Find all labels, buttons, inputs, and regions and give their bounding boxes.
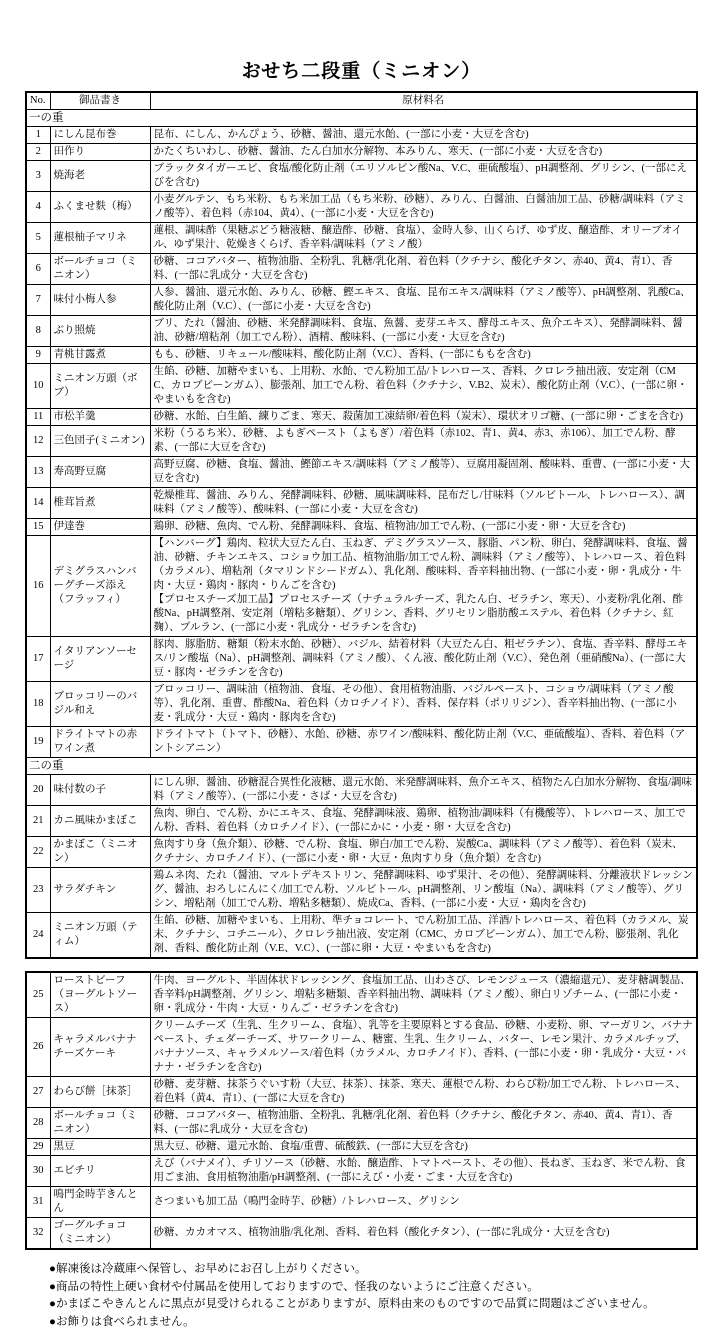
ingredients-text: 生餡、砂糖、加糖やまいも、上用粉、準チョコレート、でん粉加工品、洋酒/トレハロー…: [150, 913, 697, 959]
item-name: 味付小梅人参: [50, 285, 150, 316]
table-row: 20味付数の子にしん卵、醤油、砂糖混合異性化液糖、還元水飴、米発酵調味料、魚介エ…: [26, 775, 697, 806]
item-name: エビチリ: [50, 1156, 150, 1187]
section-label: 二の重: [26, 758, 697, 775]
table-row: 19ドライトマトの赤ワイン煮ドライトマト（トマト、砂糖）、水飴、砂糖、赤ワイン/…: [26, 727, 697, 758]
ingredients-text: 乾燥椎茸、醤油、みりん、発酵調味料、砂糖、風味調味料、昆布だし/甘味料（ソルビト…: [150, 488, 697, 519]
table-gap: [25, 959, 698, 971]
item-name: かまぼこ（ミニオン）: [50, 837, 150, 868]
ingredients-text: ドライトマト（トマト、砂糖）、水飴、砂糖、赤ワイン/酸味料、酸化防止剤（V.C、…: [150, 727, 697, 758]
row-number: 26: [26, 1018, 50, 1077]
ingredients-text: かたくちいわし、砂糖、醤油、たん白加水分解物、本みりん、寒天、(一部に小麦・大豆…: [150, 144, 697, 161]
table-row: 8ぶり照焼ブリ、たれ（醤油、砂糖、米発酵調味料、食塩、魚醤、麦芽エキス、酵母エキ…: [26, 316, 697, 347]
row-number: 20: [26, 775, 50, 806]
footer-note: ●かまぼこやきんとんに黒点が見受けられることがありますが、原料由来のものですので…: [49, 1296, 698, 1314]
ingredients-text: クリームチーズ（生乳、生クリーム、食塩）、乳等を主要原料とする食品、砂糖、小麦粉…: [150, 1018, 697, 1077]
table-row: 32ゴーグルチョコ（ミニオン）砂糖、カカオマス、植物油脂/乳化剤、香料、着色料（…: [26, 1218, 697, 1250]
row-number: 32: [26, 1218, 50, 1250]
table-row: 12三色団子(ミニオン)米粉（うるち米）、砂糖、よもぎペースト（よもぎ）/着色料…: [26, 426, 697, 457]
ingredients-text: 砂糖、ココアバター、植物油脂、全粉乳、乳糖/乳化剤、着色料（クチナシ、酸化チタン…: [150, 1108, 697, 1139]
item-name: デミグラスハンバーグチーズ添え（フラッフィ）: [50, 536, 150, 637]
table-row: 23サラダチキン鶏ムネ肉、たれ（醤油、マルトデキストリン、発酵調味料、ゆず果汁、…: [26, 868, 697, 913]
section-label: 一の重: [26, 110, 697, 127]
item-name: ボールチョコ（ミニオン）: [50, 1108, 150, 1139]
document-page: おせち二段重（ミニオン） No. 御品書き 原材料名 一の重1にしん昆布巻昆布、…: [0, 0, 720, 1331]
item-name: 蓮根柚子マリネ: [50, 223, 150, 254]
ingredients-text: 黒大豆、砂糖、還元水飴、食塩/重曹、硫酸鉄、(一部に大豆を含む): [150, 1139, 697, 1156]
table-row: 31鳴門金時芋きんとんさつまいも加工品（鳴門金時芋、砂糖）/トレハロース、グリシ…: [26, 1187, 697, 1218]
ingredients-text: ブラックタイガーエビ、食塩/酸化防止剤（エリソルビン酸Na、V.C、亜硫酸塩）、…: [150, 161, 697, 192]
table-row: 16デミグラスハンバーグチーズ添え（フラッフィ）【ハンバーグ】鶏肉、粒状大豆たん…: [26, 536, 697, 637]
ingredients-text: 砂糖、麦芽糖、抹茶うぐいす粉（大豆、抹茶）、抹茶、寒天、蓮根でん粉、わらび粉/加…: [150, 1077, 697, 1108]
column-header-no: No.: [26, 92, 50, 110]
row-number: 2: [26, 144, 50, 161]
item-name: 青桃甘露煮: [50, 347, 150, 364]
item-name: ボールチョコ（ミニオン）: [50, 254, 150, 285]
table-row: 11市松羊羹砂糖、水飴、白生餡、練りごま、寒天、殺菌加工凍結卵/着色料（炭末）、…: [26, 409, 697, 426]
item-name: ふくませ麩（梅）: [50, 192, 150, 223]
table-row: 24ミニオン万頭（ティム）生餡、砂糖、加糖やまいも、上用粉、準チョコレート、でん…: [26, 913, 697, 959]
row-number: 11: [26, 409, 50, 426]
row-number: 1: [26, 127, 50, 144]
footer-note: ●解凍後は冷蔵庫へ保管し、お早めにお召し上がりください。: [49, 1261, 698, 1279]
ingredients-text: 魚肉、卵白、でん粉、かにエキス、食塩、発酵調味液、鶏卵、植物油/調味料（有機酸等…: [150, 806, 697, 837]
row-number: 18: [26, 682, 50, 727]
row-number: 3: [26, 161, 50, 192]
table-row: 10ミニオン万頭（ボブ）生餡、砂糖、加糖やまいも、上用粉、水飴、でん粉加工品/ト…: [26, 364, 697, 409]
item-name: 黒豆: [50, 1139, 150, 1156]
ingredients-text: 生餡、砂糖、加糖やまいも、上用粉、水飴、でん粉加工品/トレハロース、香料、クロレ…: [150, 364, 697, 409]
item-name: キャラメルバナナチーズケーキ: [50, 1018, 150, 1077]
table-row: 3焼海老ブラックタイガーエビ、食塩/酸化防止剤（エリソルビン酸Na、V.C、亜硫…: [26, 161, 697, 192]
row-number: 17: [26, 637, 50, 682]
section-header-row: 二の重: [26, 758, 697, 775]
footer-note: ●お飾りは食べられません。: [49, 1314, 698, 1331]
item-name: 鳴門金時芋きんとん: [50, 1187, 150, 1218]
table-row: 26キャラメルバナナチーズケーキクリームチーズ（生乳、生クリーム、食塩）、乳等を…: [26, 1018, 697, 1077]
row-number: 24: [26, 913, 50, 959]
table-row: 29黒豆黒大豆、砂糖、還元水飴、食塩/重曹、硫酸鉄、(一部に大豆を含む): [26, 1139, 697, 1156]
row-number: 4: [26, 192, 50, 223]
ingredients-text: 砂糖、ココアバター、植物油脂、全粉乳、乳糖/乳化剤、着色料（クチナシ、酸化チタン…: [150, 254, 697, 285]
ingredients-text: ブリ、たれ（醤油、砂糖、米発酵調味料、食塩、魚醤、麦芽エキス、酵母エキス、魚介エ…: [150, 316, 697, 347]
ingredients-text: 人参、醤油、還元水飴、みりん、砂糖、鰹エキス、食塩、昆布エキス/調味料（アミノ酸…: [150, 285, 697, 316]
row-number: 31: [26, 1187, 50, 1218]
row-number: 8: [26, 316, 50, 347]
table-row: 18ブロッコリーのバジル和えブロッコリー、調味油（植物油、食塩、その他）、食用植…: [26, 682, 697, 727]
item-name: 寿高野豆腐: [50, 457, 150, 488]
row-number: 9: [26, 347, 50, 364]
item-name: にしん昆布巻: [50, 127, 150, 144]
row-number: 30: [26, 1156, 50, 1187]
row-number: 22: [26, 837, 50, 868]
row-number: 21: [26, 806, 50, 837]
row-number: 25: [26, 972, 50, 1018]
ingredients-text: ブロッコリー、調味油（植物油、食塩、その他）、食用植物油脂、バジルペースト、コシ…: [150, 682, 697, 727]
ingredient-table-secondary: 25ローストビーフ（ヨーグルトソース）牛肉、ヨーグルト、半固体状ドレッシング、食…: [25, 971, 698, 1250]
item-name: ゴーグルチョコ（ミニオン）: [50, 1218, 150, 1250]
table-row: 25ローストビーフ（ヨーグルトソース）牛肉、ヨーグルト、半固体状ドレッシング、食…: [26, 972, 697, 1018]
ingredients-text: にしん卵、醤油、砂糖混合異性化液糖、還元水飴、米発酵調味料、魚介エキス、植物たん…: [150, 775, 697, 806]
ingredients-text: 鶏ムネ肉、たれ（醤油、マルトデキストリン、発酵調味料、ゆず果汁、その他）、発酵調…: [150, 868, 697, 913]
ingredients-text: 蓮根、調味酢（果糖ぶどう糖液糖、醸造酢、砂糖、食塩）、金時人参、山くらげ、ゆず皮…: [150, 223, 697, 254]
ingredient-table-main: No. 御品書き 原材料名 一の重1にしん昆布巻昆布、にしん、かんぴょう、砂糖、…: [25, 91, 698, 959]
item-name: 田作り: [50, 144, 150, 161]
row-number: 28: [26, 1108, 50, 1139]
table-row: 30エビチリえび（バナメイ）、チリソース（砂糖、水飴、醸造酢、トマトペースト、そ…: [26, 1156, 697, 1187]
ingredients-text: 豚肉、豚脂肪、糖類（粉末水飴、砂糖）、バジル、結着材料（大豆たん白、粗ゼラチン）…: [150, 637, 697, 682]
footer-notes: ●解凍後は冷蔵庫へ保管し、お早めにお召し上がりください。●商品の特性上硬い食材や…: [49, 1261, 698, 1331]
table-row: 21カニ風味かまぼこ魚肉、卵白、でん粉、かにエキス、食塩、発酵調味液、鶏卵、植物…: [26, 806, 697, 837]
column-header-item: 御品書き: [50, 92, 150, 110]
ingredients-text: 【ハンバーグ】鶏肉、粒状大豆たん白、玉ねぎ、デミグラスソース、豚脂、パン粉、卵白…: [150, 536, 697, 637]
table-header-row: No. 御品書き 原材料名: [26, 92, 697, 110]
row-number: 14: [26, 488, 50, 519]
table-row: 15伊達巻鶏卵、砂糖、魚肉、でん粉、発酵調味料、食塩、植物油/加工でん粉、(一部…: [26, 519, 697, 536]
table-row: 6ボールチョコ（ミニオン）砂糖、ココアバター、植物油脂、全粉乳、乳糖/乳化剤、着…: [26, 254, 697, 285]
ingredients-text: 砂糖、水飴、白生餡、練りごま、寒天、殺菌加工凍結卵/着色料（炭末）、環状オリゴ糖…: [150, 409, 697, 426]
ingredients-text: 魚肉すり身（魚介類）、砂糖、でん粉、食塩、卵白/加工でん粉、炭酸Ca、調味料（ア…: [150, 837, 697, 868]
item-name: 市松羊羹: [50, 409, 150, 426]
table-row: 1にしん昆布巻昆布、にしん、かんぴょう、砂糖、醤油、還元水飴、(一部に小麦・大豆…: [26, 127, 697, 144]
row-number: 15: [26, 519, 50, 536]
ingredients-text: 鶏卵、砂糖、魚肉、でん粉、発酵調味料、食塩、植物油/加工でん粉、(一部に小麦・卵…: [150, 519, 697, 536]
ingredients-text: 米粉（うるち米）、砂糖、よもぎペースト（よもぎ）/着色料（赤102、青1、黄4、…: [150, 426, 697, 457]
table-row: 9青桃甘露煮もも、砂糖、リキュール/酸味料、酸化防止剤（V.C）、香料、(一部に…: [26, 347, 697, 364]
row-number: 23: [26, 868, 50, 913]
section-header-row: 一の重: [26, 110, 697, 127]
row-number: 12: [26, 426, 50, 457]
table-row: 28ボールチョコ（ミニオン）砂糖、ココアバター、植物油脂、全粉乳、乳糖/乳化剤、…: [26, 1108, 697, 1139]
row-number: 16: [26, 536, 50, 637]
ingredients-text: 昆布、にしん、かんぴょう、砂糖、醤油、還元水飴、(一部に小麦・大豆を含む): [150, 127, 697, 144]
item-name: 焼海老: [50, 161, 150, 192]
item-name: カニ風味かまぼこ: [50, 806, 150, 837]
table-row: 13寿高野豆腐高野豆腐、砂糖、食塩、醤油、鰹節エキス/調味料（アミノ酸等）、豆腐…: [26, 457, 697, 488]
item-name: 三色団子(ミニオン): [50, 426, 150, 457]
ingredients-text: 牛肉、ヨーグルト、半固体状ドレッシング、食塩加工品、山わさび、レモンジュース（濃…: [150, 972, 697, 1018]
row-number: 27: [26, 1077, 50, 1108]
column-header-ingredients: 原材料名: [150, 92, 697, 110]
table-row: 14椎茸旨煮乾燥椎茸、醤油、みりん、発酵調味料、砂糖、風味調味料、昆布だし/甘味…: [26, 488, 697, 519]
item-name: ドライトマトの赤ワイン煮: [50, 727, 150, 758]
table-row: 2田作りかたくちいわし、砂糖、醤油、たん白加水分解物、本みりん、寒天、(一部に小…: [26, 144, 697, 161]
item-name: ブロッコリーのバジル和え: [50, 682, 150, 727]
item-name: ミニオン万頭（ボブ）: [50, 364, 150, 409]
ingredients-text: 高野豆腐、砂糖、食塩、醤油、鰹節エキス/調味料（アミノ酸等）、豆腐用凝固剤、酸味…: [150, 457, 697, 488]
page-title: おせち二段重（ミニオン）: [25, 56, 698, 83]
row-number: 29: [26, 1139, 50, 1156]
item-name: ミニオン万頭（ティム）: [50, 913, 150, 959]
item-name: 伊達巻: [50, 519, 150, 536]
item-name: イタリアンソーセージ: [50, 637, 150, 682]
item-name: わらび餅［抹茶］: [50, 1077, 150, 1108]
row-number: 10: [26, 364, 50, 409]
item-name: サラダチキン: [50, 868, 150, 913]
item-name: 椎茸旨煮: [50, 488, 150, 519]
ingredients-text: さつまいも加工品（鳴門金時芋、砂糖）/トレハロース、グリシン: [150, 1187, 697, 1218]
row-number: 13: [26, 457, 50, 488]
row-number: 19: [26, 727, 50, 758]
footer-note: ●商品の特性上硬い食材や付属品を使用しておりますので、怪我のないようにご注意くだ…: [49, 1279, 698, 1297]
row-number: 6: [26, 254, 50, 285]
item-name: ぶり照焼: [50, 316, 150, 347]
item-name: 味付数の子: [50, 775, 150, 806]
ingredients-text: もも、砂糖、リキュール/酸味料、酸化防止剤（V.C）、香料、(一部にももを含む): [150, 347, 697, 364]
ingredients-text: えび（バナメイ）、チリソース（砂糖、水飴、醸造酢、トマトペースト、その他）、長ね…: [150, 1156, 697, 1187]
item-name: ローストビーフ（ヨーグルトソース）: [50, 972, 150, 1018]
table-row: 17イタリアンソーセージ豚肉、豚脂肪、糖類（粉末水飴、砂糖）、バジル、結着材料（…: [26, 637, 697, 682]
table-row: 4ふくませ麩（梅）小麦グルテン、もち米粉、もち米加工品（もち米粉、砂糖）、みりん…: [26, 192, 697, 223]
table-row: 7味付小梅人参人参、醤油、還元水飴、みりん、砂糖、鰹エキス、食塩、昆布エキス/調…: [26, 285, 697, 316]
ingredients-text: 小麦グルテン、もち米粉、もち米加工品（もち米粉、砂糖）、みりん、白醤油、白醤油加…: [150, 192, 697, 223]
table-row: 27わらび餅［抹茶］砂糖、麦芽糖、抹茶うぐいす粉（大豆、抹茶）、抹茶、寒天、蓮根…: [26, 1077, 697, 1108]
row-number: 7: [26, 285, 50, 316]
row-number: 5: [26, 223, 50, 254]
ingredients-text: 砂糖、カカオマス、植物油脂/乳化剤、香料、着色料（酸化チタン）、(一部に乳成分・…: [150, 1218, 697, 1250]
table-row: 5蓮根柚子マリネ蓮根、調味酢（果糖ぶどう糖液糖、醸造酢、砂糖、食塩）、金時人参、…: [26, 223, 697, 254]
table-row: 22かまぼこ（ミニオン）魚肉すり身（魚介類）、砂糖、でん粉、食塩、卵白/加工でん…: [26, 837, 697, 868]
